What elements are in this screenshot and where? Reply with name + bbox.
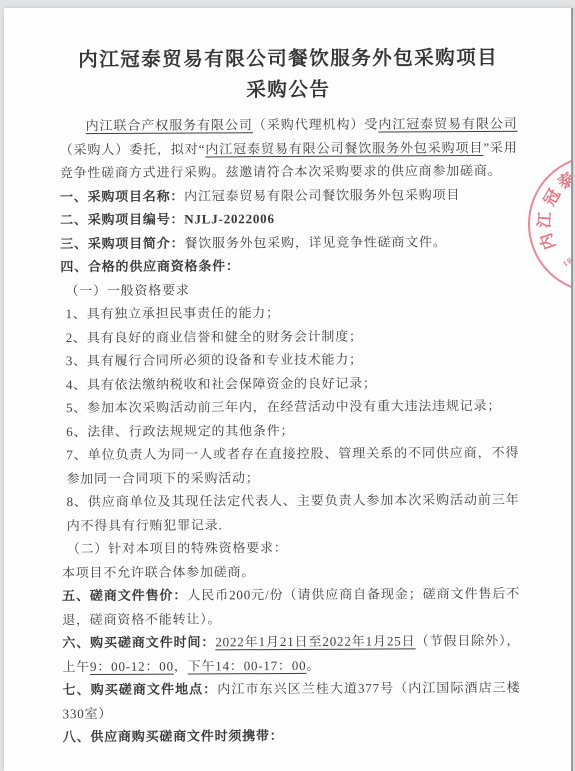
- project-name-quoted: 内江冠泰贸易有限公司餐饮服务外包采购项目: [205, 139, 483, 155]
- section-8-label: 八、供应商购买磋商文件时须携带：: [63, 728, 284, 744]
- qualification-item-8: 8、供应商单位及其现任法定代表人、主要负责人参加本次采购活动前三年内不得具有行贿…: [61, 488, 519, 537]
- seal-char-1: 内: [537, 229, 560, 252]
- section-1-label: 一、采购项目名称：: [60, 188, 184, 204]
- section-project-number: 二、采购项目编号：NJLJ-2022006: [60, 206, 518, 232]
- scanned-document-page: 内江冠泰贸易有限公司餐饮服务外包采购项目 采购公告 内江联合产权服务有限公司（采…: [4, 8, 573, 771]
- section-3-value: 餐饮服务外包采购，详见竞争性磋商文件。: [184, 234, 446, 250]
- document-title: 内江冠泰贸易有限公司餐饮服务外包采购项目 采购公告: [59, 43, 517, 107]
- qualification-item-3: 3、具有履行合同所必须的设备和专业技术能力；: [61, 347, 519, 373]
- section-document-price: 五、磋商文件售价：人民币200元/份（请供应商自备现金；磋商文件售后不退，磋商资…: [62, 582, 520, 631]
- seal-char-2: 江: [536, 210, 556, 230]
- agency-name: 内江联合产权服务有限公司: [86, 117, 253, 133]
- section-7-label: 七、购买磋商文件地点：: [62, 681, 217, 697]
- document-content: 内江冠泰贸易有限公司餐饮服务外包采购项目 采购公告 内江联合产权服务有限公司（采…: [59, 43, 521, 749]
- section-documents-to-bring: 八、供应商购买磋商文件时须携带：: [63, 723, 521, 749]
- seal-char-3: 冠: [541, 186, 566, 211]
- section-1-value: 内江冠泰贸易有限公司餐饮服务外包采购项目: [184, 187, 460, 203]
- special-requirements-text: 本项目不允许联合体参加磋商。: [62, 558, 520, 584]
- intro-text-1: （采购代理机构）受: [253, 117, 379, 133]
- purchase-date-range: 2022年1月21日至2022年1月25日: [215, 633, 415, 649]
- seal-serial-number: 81: [560, 256, 573, 269]
- title-line-2: 采购公告: [59, 74, 517, 107]
- qualification-item-5: 5、参加本次采购活动前三年内，在经营活动中没有重大违法违规记录；: [61, 394, 519, 420]
- company-seal-stamp: 内 江 冠 泰 81: [528, 155, 573, 293]
- qualification-item-1: 1、具有独立承担民事责任的能力；: [61, 300, 519, 326]
- qualification-item-7: 7、单位负责人为同一人或者存在直接控股、管理关系的不同供应商，不得参加同一合同项…: [61, 441, 519, 490]
- section-6-label: 六、购买磋商文件时间：: [62, 634, 215, 650]
- intro-paragraph: 内江联合产权服务有限公司（采购代理机构）受内江冠泰贸易有限公司（采购人）委托，拟…: [60, 112, 518, 185]
- intro-text-2: （采购人）委托，拟对“: [60, 141, 206, 157]
- qualification-item-4: 4、具有依法缴纳税收和社会保障资金的良好记录；: [61, 370, 519, 396]
- section-supplier-qualifications: 四、合格的供应商资格条件：: [60, 253, 518, 279]
- title-line-1: 内江冠泰贸易有限公司餐饮服务外包采购项目: [59, 43, 517, 76]
- section-purchase-location: 七、购买磋商文件地点：内江市东兴区兰桂大道377号（内江国际酒店三楼330室）: [62, 676, 520, 725]
- afternoon-hours: 下午14：00-17：00: [188, 657, 307, 673]
- section-3-label: 三、采购项目简介：: [60, 235, 184, 251]
- qualification-item-2: 2、具有良好的商业信誉和健全的财务会计制度；: [61, 323, 519, 349]
- section-project-brief: 三、采购项目简介：餐饮服务外包采购，详见竞争性磋商文件。: [60, 229, 518, 255]
- section-4-label: 四、合格的供应商资格条件：: [60, 258, 239, 274]
- special-requirements-heading: （二）针对本项目的特殊资格要求：: [62, 535, 520, 561]
- project-number-value: NJLJ-2022006: [184, 211, 275, 226]
- section-6-period: 。: [306, 657, 320, 672]
- section-purchase-time: 六、购买磋商文件时间：2022年1月21日至2022年1月25日（节假日除外），…: [62, 629, 520, 678]
- seal-circle: [528, 155, 573, 293]
- section-5-label: 五、磋商文件售价：: [62, 588, 187, 604]
- section-6-comma: ，: [174, 658, 188, 673]
- general-requirements-heading: （一）一般资格要求: [60, 276, 518, 302]
- seal-char-4: 泰: [554, 169, 573, 194]
- qualification-item-6: 6、法律、行政法规规定的其他条件；: [61, 417, 519, 443]
- morning-hours: 9：00-12：00: [90, 658, 174, 673]
- section-project-name: 一、采购项目名称：内江冠泰贸易有限公司餐饮服务外包采购项目: [60, 182, 518, 208]
- section-2-label: 二、采购项目编号：: [60, 212, 184, 228]
- buyer-name: 内江冠泰贸易有限公司: [378, 116, 517, 132]
